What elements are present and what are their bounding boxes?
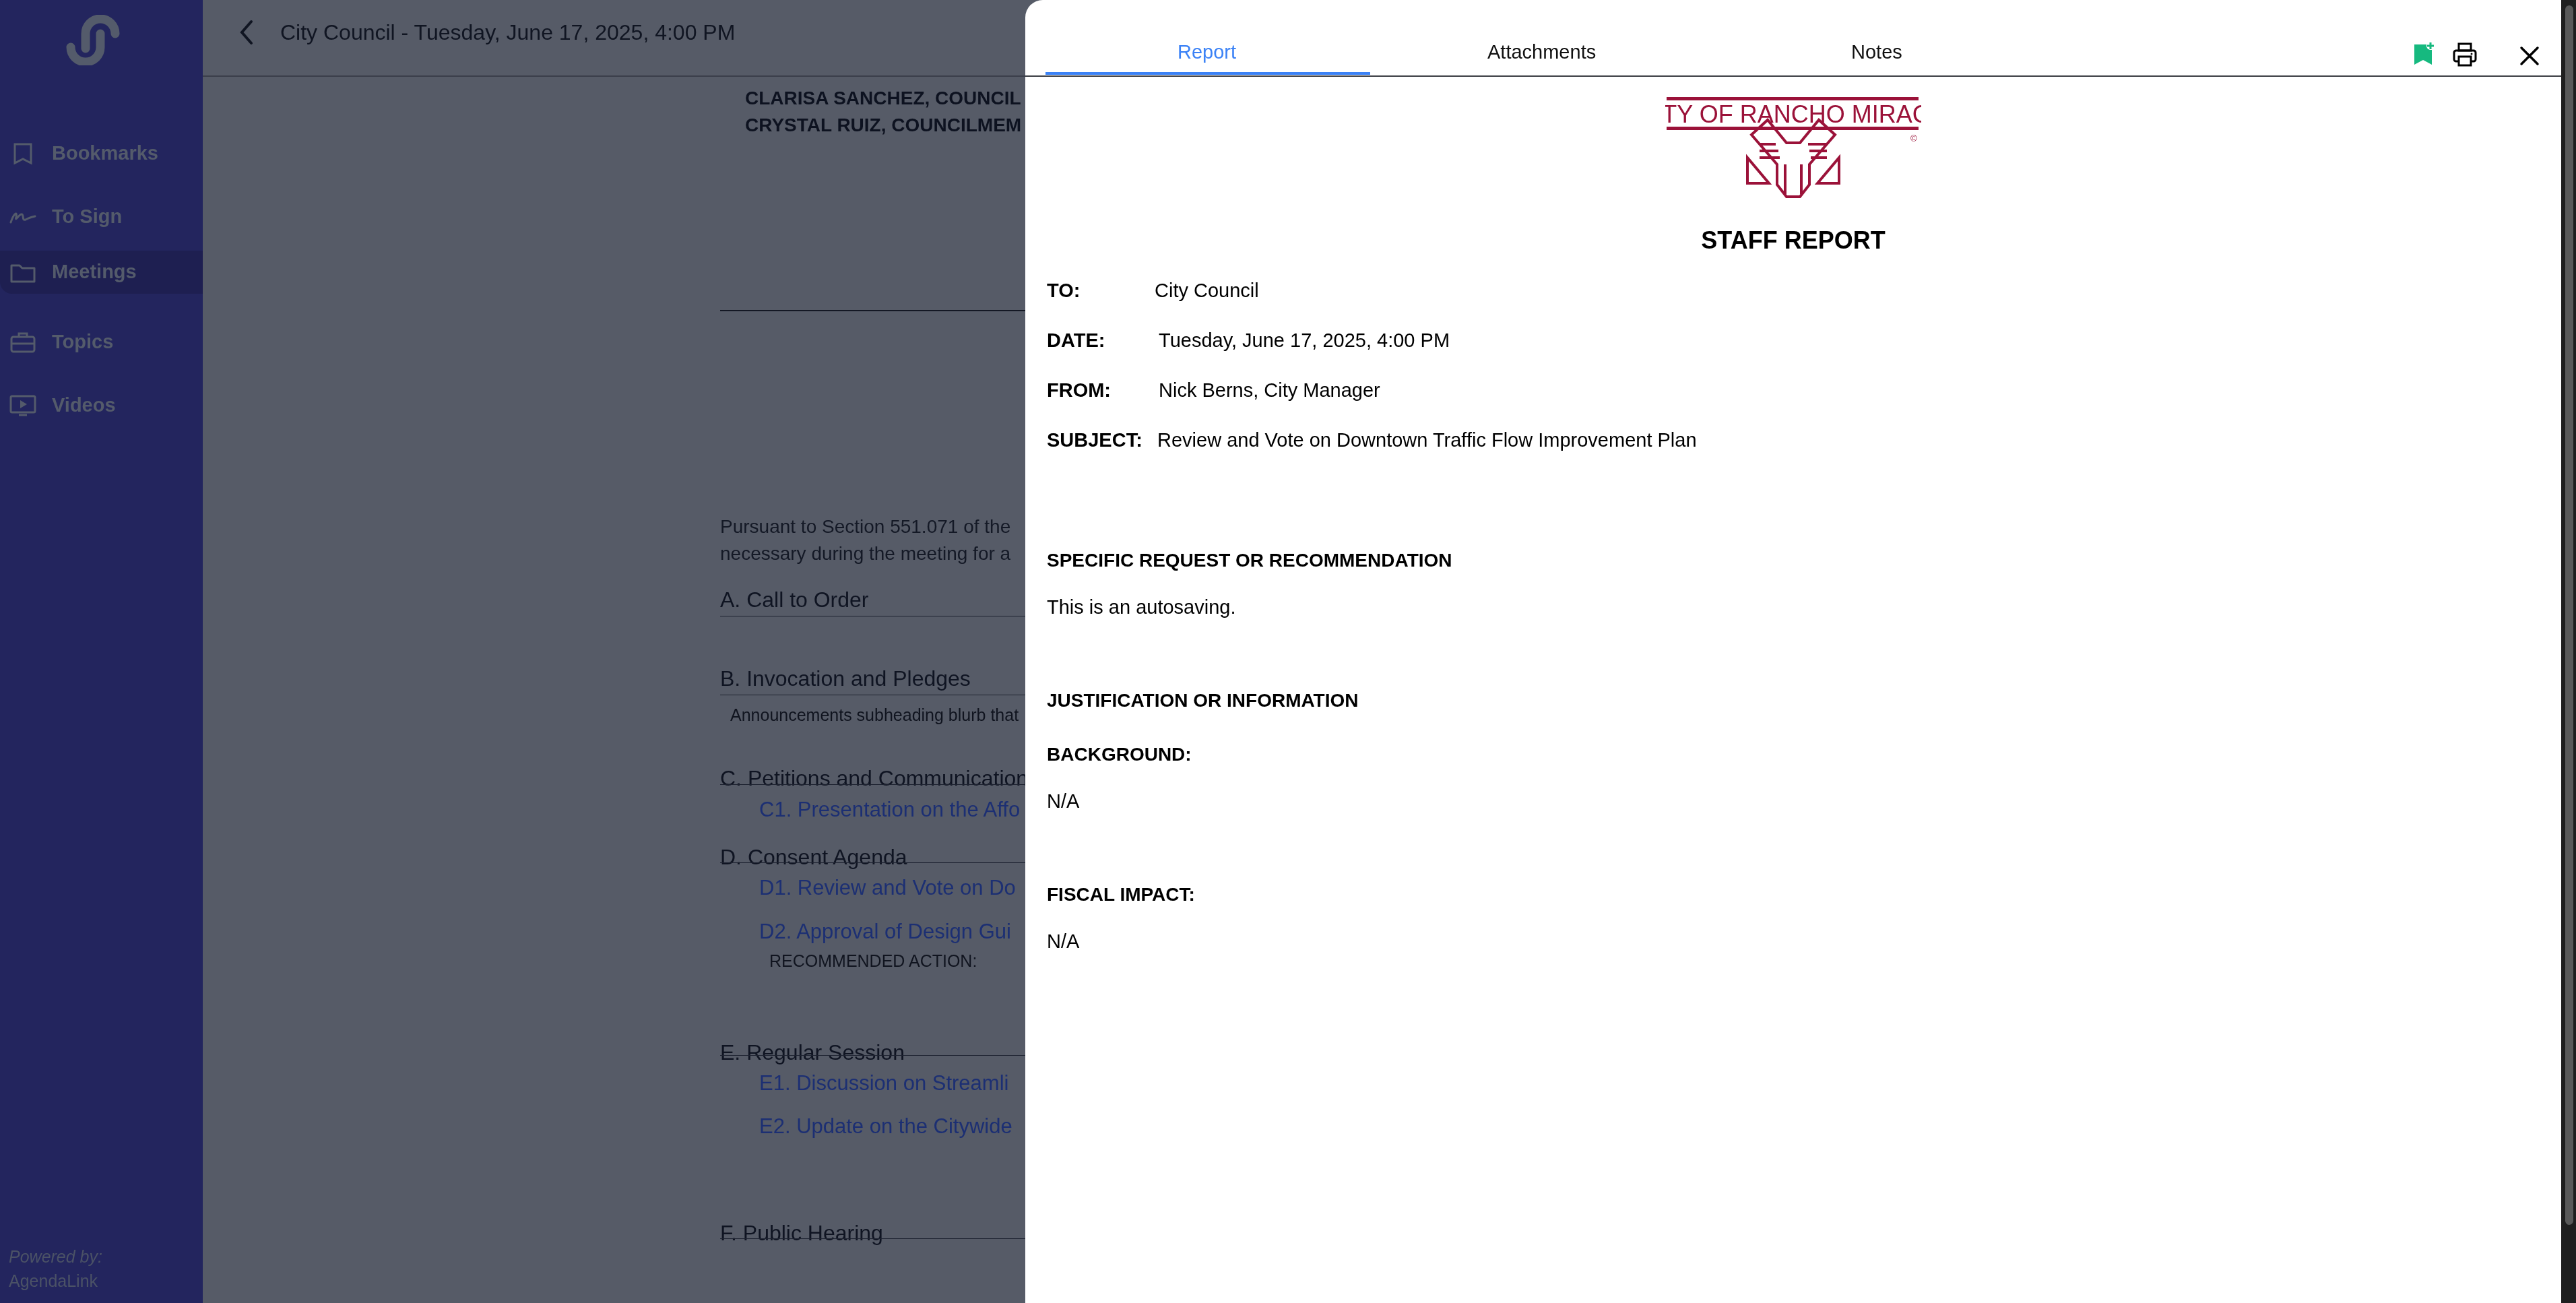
section-a-heading: A. Call to Order — [720, 587, 869, 612]
sidebar-item-videos[interactable]: Videos — [0, 384, 203, 427]
bookmark-icon — [9, 141, 36, 166]
sidebar-item-label: Bookmarks — [52, 143, 158, 165]
member-name: CRYSTAL RUIZ, COUNCILMEM — [745, 112, 1021, 139]
section-b-subheading: Announcements subheading blurb that — [730, 706, 1019, 726]
active-tab-indicator — [1045, 72, 1370, 75]
svg-text:CITY OF RANCHO MIRAGE: CITY OF RANCHO MIRAGE — [1665, 100, 1921, 128]
agenda-item-e2[interactable]: E2. Update on the Citywide — [759, 1114, 1012, 1139]
agenda-item-d2[interactable]: D2. Approval of Design Gui — [759, 920, 1011, 944]
sidebar-item-bookmarks[interactable]: Bookmarks — [0, 132, 203, 175]
report-title: STAFF REPORT — [1025, 226, 2561, 255]
section-d-heading: D. Consent Agenda — [720, 845, 907, 870]
pursuant-line: necessary during the meeting for a — [720, 540, 1010, 567]
section-f-heading: F. Public Hearing — [720, 1221, 883, 1246]
powered-by-label: Powered by: — [9, 1245, 102, 1269]
briefcase-icon — [9, 330, 36, 354]
section-c-heading: C. Petitions and Communication — [720, 766, 1028, 791]
pursuant-line: Pursuant to Section 551.071 of the — [720, 513, 1010, 540]
justification-heading: JUSTIFICATION OR INFORMATION — [1047, 690, 1359, 711]
divider — [720, 862, 1030, 863]
agendalink-logo[interactable] — [64, 15, 128, 65]
page-header: City Council - Tuesday, June 17, 2025, 4… — [203, 0, 1025, 77]
svg-text:©: © — [1910, 133, 1917, 144]
pursuant-text: Pursuant to Section 551.071 of the neces… — [720, 513, 1010, 567]
field-from-value: Nick Berns, City Manager — [1159, 380, 1380, 402]
field-date-value: Tuesday, June 17, 2025, 4:00 PM — [1159, 330, 1450, 352]
field-subject-value: Review and Vote on Downtown Traffic Flow… — [1157, 430, 1697, 452]
powered-by: Powered by: AgendaLink — [9, 1245, 102, 1294]
divider — [720, 616, 1030, 616]
page-title: City Council - Tuesday, June 17, 2025, 4… — [280, 20, 735, 45]
tab-notes[interactable]: Notes — [1851, 42, 1902, 64]
divider — [720, 784, 1030, 785]
city-crest-logo: CITY OF RANCHO MIRAGE © — [1665, 97, 1921, 205]
tab-report[interactable]: Report — [1178, 42, 1236, 64]
agenda-item-d1[interactable]: D1. Review and Vote on Do — [759, 876, 1016, 900]
tab-attachments[interactable]: Attachments — [1487, 42, 1596, 64]
sidebar-item-label: Meetings — [52, 261, 137, 284]
fiscal-impact-heading: FISCAL IMPACT: — [1047, 884, 1195, 905]
fiscal-impact-text: N/A — [1047, 931, 1079, 953]
specific-request-heading: SPECIFIC REQUEST OR RECOMMENDATION — [1047, 550, 1452, 571]
close-icon[interactable] — [2519, 46, 2540, 66]
sidebar-item-topics[interactable]: Topics — [0, 321, 203, 364]
sidebar-item-label: Videos — [52, 395, 116, 417]
field-to-label: TO: — [1047, 280, 1080, 303]
divider — [720, 695, 1030, 695]
brand-name: AgendaLink — [9, 1269, 102, 1294]
report-panel: Report Attachments Notes CITY OF RANCHO … — [1025, 0, 2561, 1303]
field-to-value: City Council — [1155, 280, 1259, 303]
printer-icon[interactable] — [2452, 42, 2478, 67]
sidebar: Bookmarks To Sign Meetings Topics Videos… — [0, 0, 203, 1303]
scrollbar-thumb[interactable] — [2565, 5, 2573, 1225]
council-members: CLARISA SANCHEZ, COUNCIL CRYSTAL RUIZ, C… — [745, 85, 1021, 139]
specific-request-text: This is an autosaving. — [1047, 597, 1235, 619]
video-icon — [9, 393, 36, 418]
divider — [720, 310, 1030, 311]
signature-icon — [9, 205, 36, 229]
field-from-label: FROM: — [1047, 380, 1111, 402]
divider — [720, 1238, 1030, 1239]
sidebar-item-to-sign[interactable]: To Sign — [0, 195, 203, 239]
sidebar-item-meetings[interactable]: Meetings — [0, 251, 203, 294]
field-subject-label: SUBJECT: — [1047, 430, 1142, 452]
agenda-item-c1[interactable]: C1. Presentation on the Affo — [759, 798, 1020, 822]
bookmark-add-icon[interactable] — [2412, 42, 2435, 66]
agenda-item-e1[interactable]: E1. Discussion on Streamli — [759, 1071, 1008, 1095]
member-name: CLARISA SANCHEZ, COUNCIL — [745, 85, 1021, 112]
background-text: N/A — [1047, 791, 1079, 813]
section-b-heading: B. Invocation and Pledges — [720, 666, 971, 691]
chevron-left-icon[interactable] — [238, 19, 254, 46]
sidebar-item-label: To Sign — [52, 206, 122, 228]
background-heading: BACKGROUND: — [1047, 744, 1192, 765]
folder-icon — [9, 260, 36, 284]
panel-tabs: Report Attachments Notes — [1025, 0, 2561, 77]
recommended-action-label: RECOMMENDED ACTION: — [769, 952, 977, 972]
sidebar-item-label: Topics — [52, 331, 113, 354]
section-e-heading: E. Regular Session — [720, 1040, 905, 1065]
agenda-document: CLARISA SANCHEZ, COUNCIL CRYSTAL RUIZ, C… — [720, 75, 1030, 1303]
divider — [720, 1055, 1030, 1056]
field-date-label: DATE: — [1047, 330, 1105, 352]
